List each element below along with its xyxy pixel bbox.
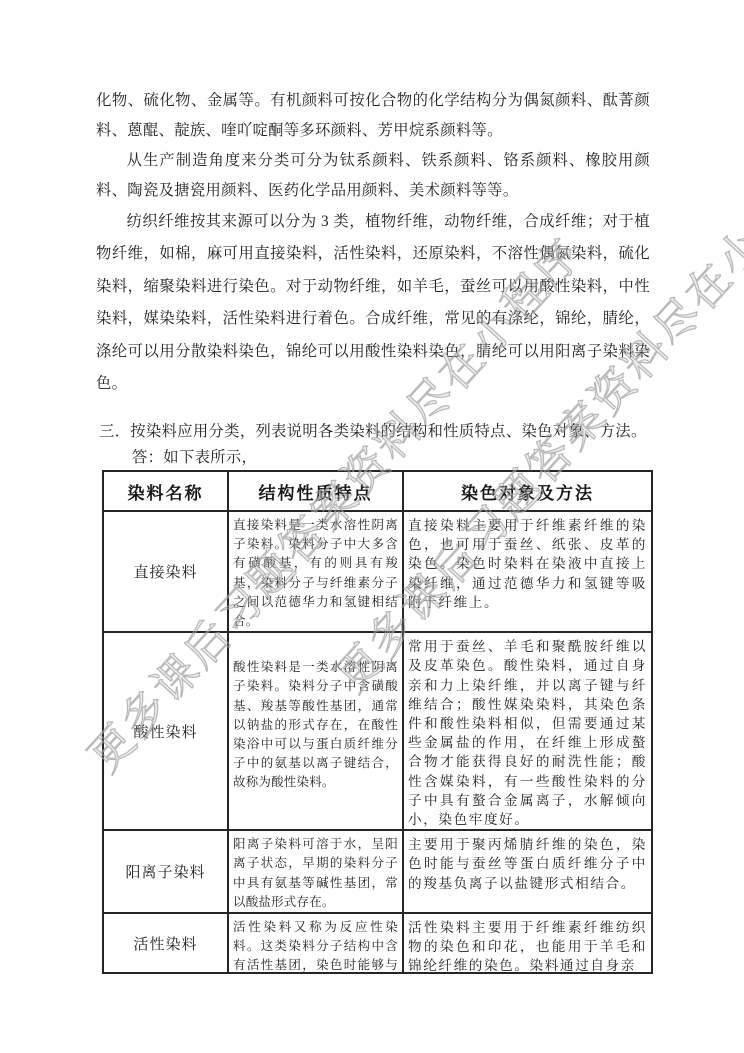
usage-text: 常用于蚕丝、羊毛和聚酰胺纤维以及皮革染色。酸性染料，通过自身亲和力上染纤维，并以… (408, 637, 647, 829)
structure-cell: 酸性染料是一类水溶性阴离子染料。染料分子中含磺酸基、羧基等酸性基团，通常以钠盐的… (228, 632, 403, 830)
header-dye-name: 染料名称 (103, 471, 228, 511)
dye-name-cell: 直接染料 (103, 511, 228, 632)
usage-cell: 活性染料主要用于纤维素纤维纺织物的染色和印花，也能用于羊毛和锦纶纤维的染色。染料… (403, 913, 652, 973)
document-page: 化物、硫化物、金属等。有机颜料可按化合物的化学结构分为偶氮颜料、酞菁颜料、蒽醌、… (0, 0, 744, 1053)
dye-name-cell: 活性染料 (103, 913, 228, 973)
question-line: 三．按染料应用分类，列表说明各类染料的结构和性质特点、染色对象、方法。 (99, 419, 647, 441)
usage-cell: 直接染料主要用于纤维素纤维的染色，也可用于蚕丝、纸张、皮革的染色。染色时染料在染… (403, 511, 652, 632)
structure-cell: 阳离子染料可溶于水，呈阳离子状态，早期的染料分子中具有氨基等碱性基团，常以酸盐形… (228, 830, 403, 913)
usage-cell: 主要用于聚丙烯腈纤维的染色，染色时能与蚕丝等蛋白质纤维分子中的羧基负离子以盐键形… (403, 830, 652, 913)
dye-classification-table: 染料名称 结构性质特点 染色对象及方法 直接染料 直接染料是一类水溶性阴离子染料… (102, 470, 653, 974)
header-structure-properties: 结构性质特点 (228, 471, 403, 511)
body-paragraph-2: 从生产制造角度来分类可分为钛系颜料、铁系颜料、铬系颜料、橡胶用颜料、陶瓷及搪瓷用… (96, 146, 650, 206)
answer-line: 答：如下表所示， (132, 445, 257, 467)
table-row-reactive-dye: 活性染料 活性染料又称为反应性染料。这类染料分子结构中含有活性基团，染色时能够与… (103, 913, 652, 973)
structure-text: 酸性染料是一类水溶性阴离子染料。染料分子中含磺酸基、羧基等酸性基团，通常以钠盐的… (233, 658, 398, 792)
structure-cell: 活性染料又称为反应性染料。这类染料分子结构中含有活性基团，染色时能够与纤维分子中… (228, 913, 403, 973)
header-dyeing-target-method: 染色对象及方法 (403, 471, 652, 511)
body-paragraph-3: 纺织纤维按其来源可以分为 3 类，植物纤维，动物纤维，合成纤维；对于植物纤维，如… (96, 206, 650, 400)
usage-cell: 常用于蚕丝、羊毛和聚酰胺纤维以及皮革染色。酸性染料，通过自身亲和力上染纤维，并以… (403, 632, 652, 830)
structure-text: 活性染料又称为反应性染料。这类染料分子结构中含有活性基团，染色时能够与纤维分子中… (233, 918, 398, 972)
table-row-cationic-dye: 阳离子染料 阳离子染料可溶于水，呈阳离子状态，早期的染料分子中具有氨基等碱性基团… (103, 830, 652, 913)
structure-text: 直接染料是一类水溶性阴离子染料。染料分子中大多含有磺酸基，有的则具有羧基，染料分… (233, 516, 398, 631)
body-paragraph-1: 化物、硫化物、金属等。有机颜料可按化合物的化学结构分为偶氮颜料、酞菁颜料、蒽醌、… (96, 86, 650, 146)
dye-name-cell: 酸性染料 (103, 632, 228, 830)
usage-text: 主要用于聚丙烯腈纤维的染色，染色时能与蚕丝等蛋白质纤维分子中的羧基负离子以盐键形… (408, 835, 647, 893)
structure-cell: 直接染料是一类水溶性阴离子染料。染料分子中大多含有磺酸基，有的则具有羧基，染料分… (228, 511, 403, 632)
table-row-acid-dye: 酸性染料 酸性染料是一类水溶性阴离子染料。染料分子中含磺酸基、羧基等酸性基团，通… (103, 632, 652, 830)
table-row-direct-dye: 直接染料 直接染料是一类水溶性阴离子染料。染料分子中大多含有磺酸基，有的则具有羧… (103, 511, 652, 632)
structure-text: 阳离子染料可溶于水，呈阳离子状态，早期的染料分子中具有氨基等碱性基团，常以酸盐形… (233, 835, 398, 912)
table-header-row: 染料名称 结构性质特点 染色对象及方法 (103, 471, 652, 511)
dye-name-cell: 阳离子染料 (103, 830, 228, 913)
usage-text: 直接染料主要用于纤维素纤维的染色，也可用于蚕丝、纸张、皮革的染色。染色时染料在染… (408, 516, 647, 612)
usage-text: 活性染料主要用于纤维素纤维纺织物的染色和印花，也能用于羊毛和锦纶纤维的染色。染料… (408, 918, 647, 972)
